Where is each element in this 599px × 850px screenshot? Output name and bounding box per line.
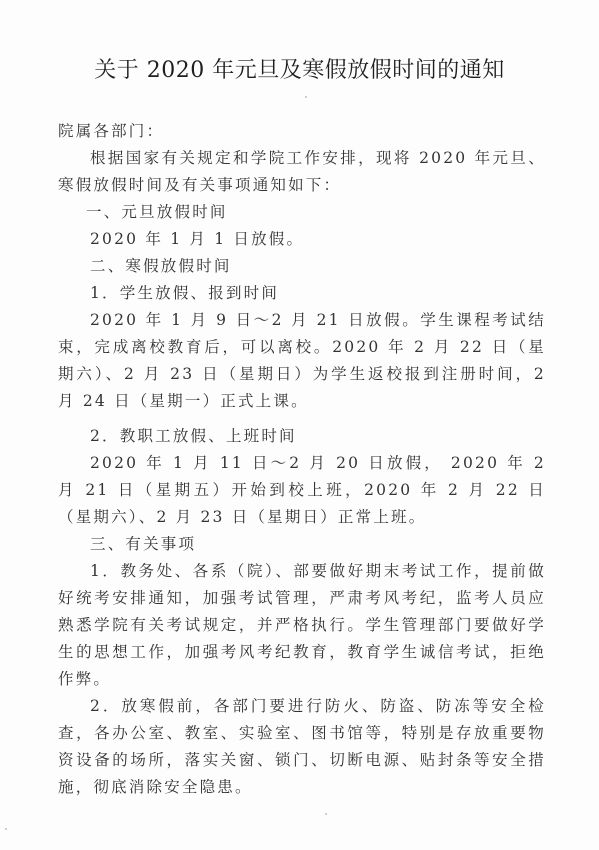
section-1-heading: 一、元旦放假时间 <box>58 199 546 226</box>
document-title: 关于 2020 年元旦及寒假放假时间的通知 <box>0 56 599 86</box>
intro-paragraph: 根据国家有关规定和学院工作安排，现将 2020 年元旦、寒假放假时间及有关事项通… <box>58 145 546 199</box>
section-2-heading: 二、寒假放假时间 <box>58 253 546 280</box>
section-3-heading: 三、有关事项 <box>58 531 546 558</box>
scan-speck <box>5 828 7 830</box>
document-body: 院属各部门： 根据国家有关规定和学院工作安排，现将 2020 年元旦、寒假放假时… <box>58 118 546 801</box>
scan-speck <box>305 96 307 98</box>
subsection-2-2-heading: 2．教职工放假、上班时间 <box>58 423 546 450</box>
subsection-2-2-text: 2020 年 1 月 11 日～2 月 20 日放假， 2020 年 2 月 2… <box>58 450 546 531</box>
scan-speck <box>325 813 327 815</box>
subsection-2-1-text: 2020 年 1 月 9 日～2 月 21 日放假。学生课程考试结束，完成离校教… <box>58 307 546 415</box>
section-1-text: 2020 年 1 月 1 日放假。 <box>58 226 546 253</box>
salutation: 院属各部门： <box>58 118 546 145</box>
scanned-document-page: 关于 2020 年元旦及寒假放假时间的通知 院属各部门： 根据国家有关规定和学院… <box>0 0 599 850</box>
section-3-item-2: 2．放寒假前，各部门要进行防火、防盗、防冻等安全检查，各办公室、教室、实验室、图… <box>58 693 546 801</box>
section-3-item-1: 1．教务处、各系（院）、部要做好期末考试工作，提前做好统考安排通知，加强考试管理… <box>58 558 546 693</box>
subsection-2-1-heading: 1．学生放假、报到时间 <box>58 280 546 307</box>
